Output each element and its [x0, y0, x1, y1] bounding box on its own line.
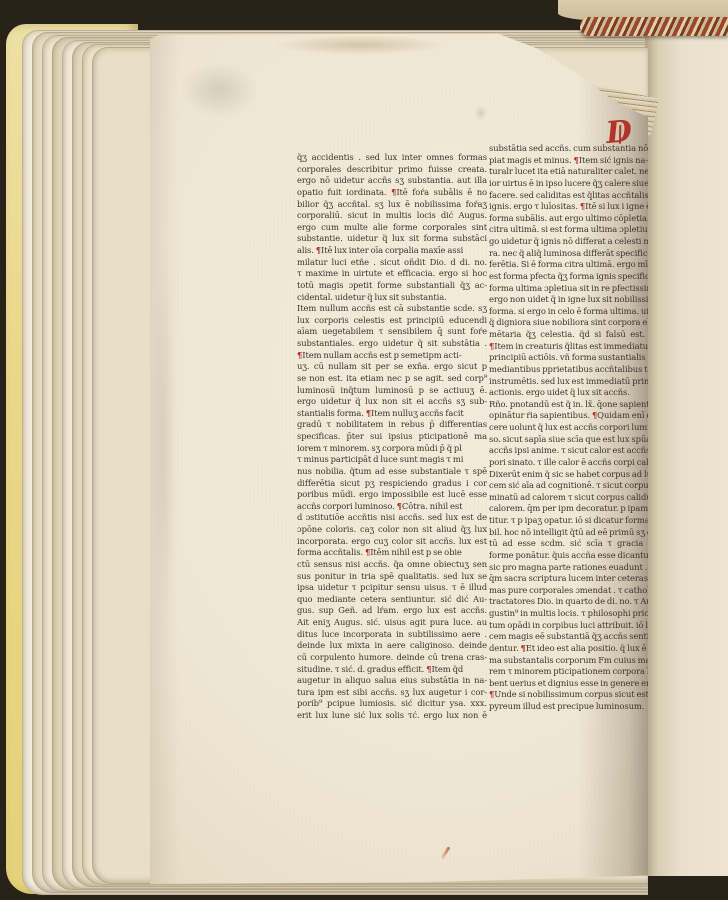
text-line: bilior q̃ʒ accñtal. sʒ lux ē nobilissima…: [297, 199, 487, 211]
text-line: substantiales. ergo uidetur q̈ sit subst…: [297, 338, 487, 350]
text-line: sus ponitur in tria spē qualitatis. sed …: [297, 571, 487, 583]
text-line: erit lux lune sić lux solis τć. ergo lux…: [297, 710, 487, 722]
red-ink-mark: [441, 846, 451, 859]
stain: [164, 50, 274, 130]
text-line: ɔpōne coloris. caʒ color non sit aliud q…: [297, 524, 487, 536]
headband: [580, 17, 728, 36]
text-line: ¶Item nullam accñs est p semetipm acti-: [297, 350, 487, 362]
pilcrow-mark: ¶: [520, 643, 525, 653]
pilcrow-mark: ¶: [426, 664, 431, 674]
pilcrow-mark: ¶: [297, 350, 302, 360]
pilcrow-mark: ¶: [397, 501, 402, 511]
text-line: ergo cum multe alie forme corporales sin…: [297, 222, 487, 234]
stain: [245, 32, 475, 58]
pilcrow-mark: ¶: [366, 408, 371, 418]
text-line: poribus mūdi. ergo impossibile est lucē …: [297, 489, 487, 501]
text-line: lux corporis celestis est principiū educ…: [297, 315, 487, 327]
text-line: ergo nō uidetur accñs sʒ substantia. aut…: [297, 175, 487, 187]
text-line: cidental. uidetur q̈ lux sit substantia.: [297, 292, 487, 304]
pilcrow-mark: ¶: [489, 689, 494, 699]
pilcrow-mark: ¶: [365, 547, 370, 557]
text-line: opatio fuit iordinata. ¶Itē foŕa subālis…: [297, 187, 487, 199]
pilcrow-mark: ¶: [580, 201, 585, 211]
text-line: corporales describitur primo fuisse crea…: [297, 164, 487, 176]
text-line: Ait eniʒ Augus. sić. uisus agit pura luc…: [297, 617, 487, 629]
text-line: uʒ. cū nullam sit per se exña. ergo sicu…: [297, 361, 487, 373]
pilcrow-mark: ¶: [489, 341, 494, 351]
text-line: iorem τ minorem. sʒ corpora mūdi p̄ q̈ p…: [297, 443, 487, 455]
offset-stain: [472, 102, 490, 124]
text-line: se non est. ita etiam nec p se agit. sed…: [297, 373, 487, 385]
text-line: ipsa uidetur τ pcipitur sensu uisus. τ ē…: [297, 582, 487, 594]
text-line: nus nobilia. q̃tum ad esse substantiale …: [297, 466, 487, 478]
text-line: τ minus participāt d luce sunt magis τ m…: [297, 454, 487, 466]
text-line: augetur in aliquo salua eius substātia i…: [297, 675, 487, 687]
stain: [146, 182, 180, 702]
text-line: incorporata. ergo cuʒ color sit accñs. l…: [297, 536, 487, 548]
text-line: ditus luce incorporata in subtilissimo a…: [297, 629, 487, 641]
pilcrow-mark: ¶: [592, 410, 597, 420]
text-line: gus. sup Geñ. ad lŕam. ergo lux est accñ…: [297, 605, 487, 617]
text-line: forma accñtalis. ¶Itēm nihil est p se ob…: [297, 547, 487, 559]
text-line: τ maxime in uirtute et efficacia. ergo s…: [297, 268, 487, 280]
text-line: stantialis forma. ¶Item nulluʒ accñs fac…: [297, 408, 487, 420]
text-line: ctū sensus nisi accñs. q̃a omne obiectuʒ…: [297, 559, 487, 571]
text-line: milatur luci etñe . sicut oñdit Dio. d d…: [297, 257, 487, 269]
text-line: corporaliū. sicut in multis locis dić Au…: [297, 210, 487, 222]
text-line: cū corpulento humore. deinde cū trena cr…: [297, 652, 487, 664]
text-line: d ɔstitutiōe accñtis nisi accñs. sed lux…: [297, 512, 487, 524]
pilcrow-mark: ¶: [391, 187, 396, 197]
book-photo: { "page": { "initial": "D", "colors": { …: [0, 0, 728, 900]
pilcrow-mark: ¶: [574, 155, 579, 165]
text-line: differētia sicut pʒ respiciendo gradus i…: [297, 478, 487, 490]
text-line: substantie. uidetur q̈ lux sit forma sub…: [297, 233, 487, 245]
pilcrow-mark: ¶: [316, 245, 321, 255]
facing-page: [645, 30, 728, 876]
text-line: gradū τ nobilitatem in rebus p̄ differen…: [297, 419, 487, 431]
text-line: situdine. τ sić. d. gradus efficit. ¶Ite…: [297, 664, 487, 676]
text-line: accñs corpori luminoso. ¶Cōtra. nihil es…: [297, 501, 487, 513]
text-line: totū magis ɔpetit forme substantiali q̃ʒ…: [297, 280, 487, 292]
text-line: ergo uidetur q̈ lux non sit ei accñs sʒ …: [297, 396, 487, 408]
text-line: q̃ʒ accidentis . sed lux inter omnes for…: [297, 152, 487, 164]
text-line: porib⁹ pcipue lumiosis. sić dicitur ysa.…: [297, 698, 487, 710]
text-line: luminosū inq̃tum luminosū p se actiuuʒ ē…: [297, 385, 487, 397]
text-line: aīam uegetabilem τ sensibilem q̄ sunt fo…: [297, 326, 487, 338]
text-line: specificas. p̄ter sui ipsius pticipation…: [297, 431, 487, 443]
text-line: tura ipm est sibi accñs. sʒ lux augetur …: [297, 687, 487, 699]
text-line: quo mediante cetera sentiuntur. sić dić …: [297, 594, 487, 606]
book-page: q̃ʒ accidentis . sed lux inter omnes for…: [150, 32, 648, 884]
text-line: deinde lux mixta in aere caliginoso. dei…: [297, 640, 487, 652]
initial-stroke: [619, 125, 621, 144]
text-line: Item nullum accñs est cā substantie scde…: [297, 303, 487, 315]
text-line: alis. ¶Itē lux inter oīa corpalia maxīe …: [297, 245, 487, 257]
rubricated-initial: D: [605, 117, 634, 149]
text-column-left: q̃ʒ accidentis . sed lux inter omnes for…: [297, 152, 487, 722]
